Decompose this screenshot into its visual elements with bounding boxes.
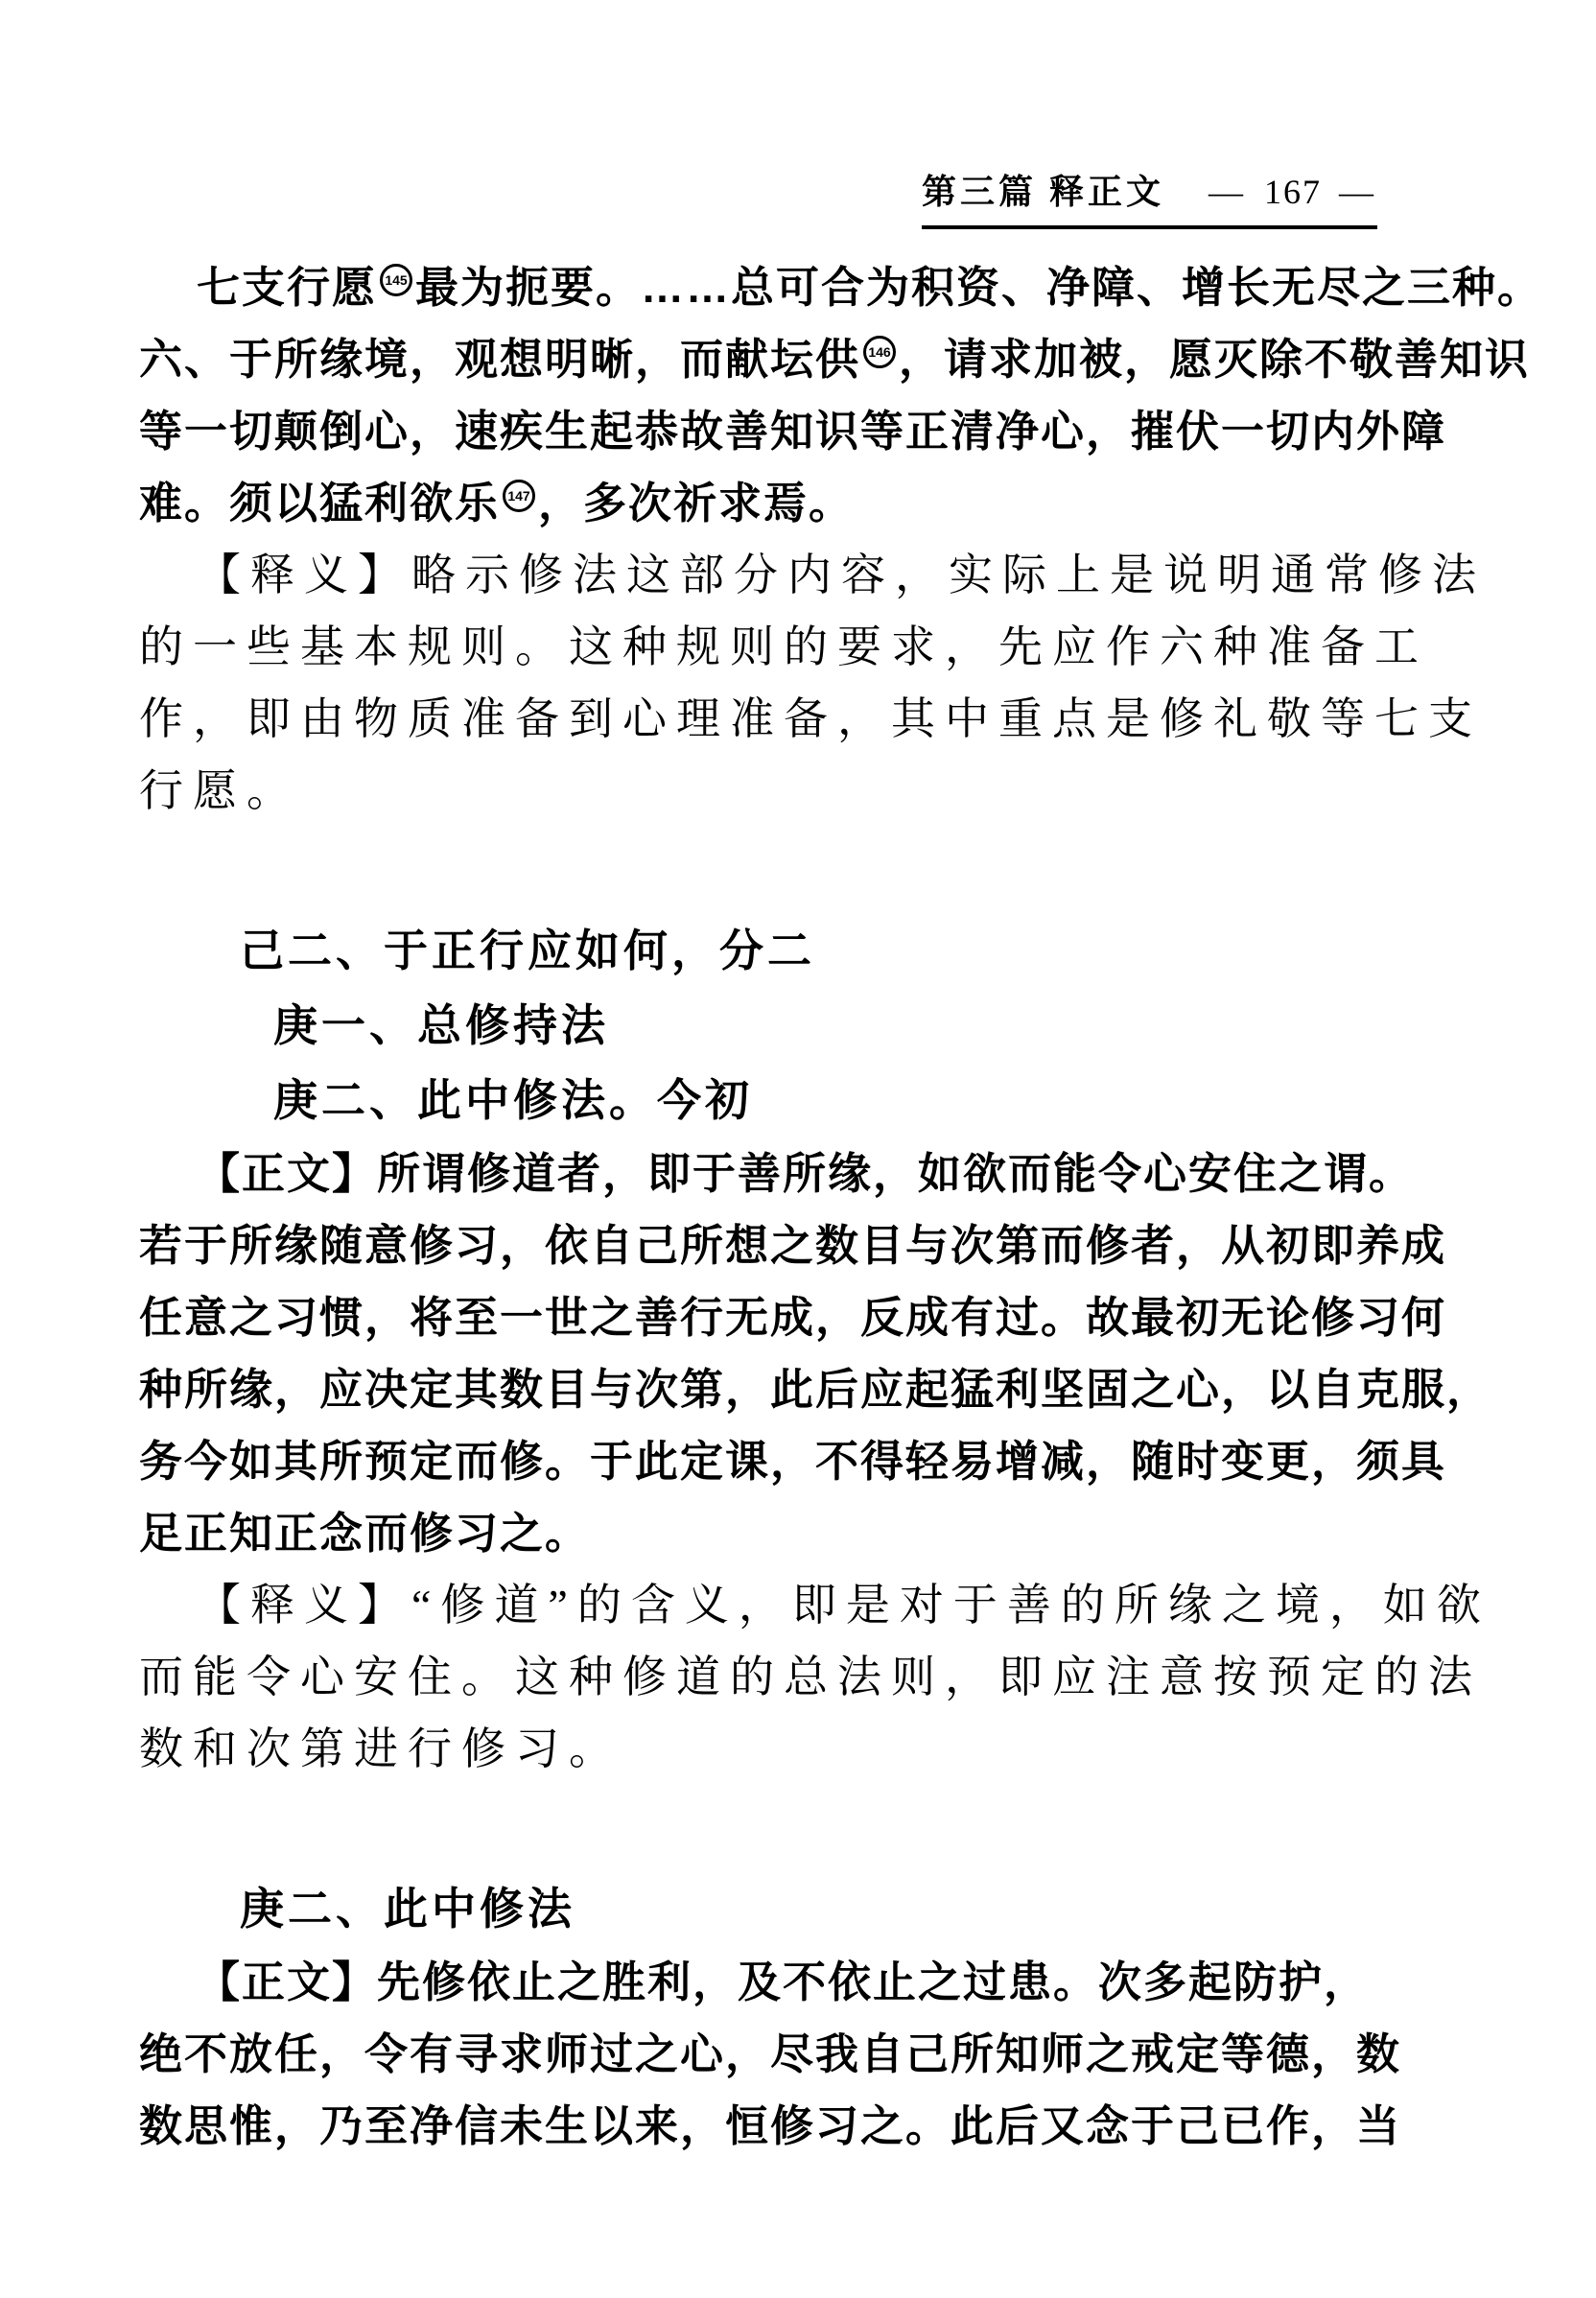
text-line: 数思惟，乃至净信未生以来，恒修习之。此后又念于己已作，当 <box>139 2090 1482 2162</box>
text-line: 足正知正念而修习之。 <box>139 1497 1482 1569</box>
text-line: 【释义】略示修法这部分内容，实际上是说明通常修法 <box>139 539 1482 611</box>
body-text: 七支行愿145最为扼要。……总可合为积资、净障、增长无尽之三种。 六、于所缘境，… <box>139 251 1482 2162</box>
page-number-dash-right: — <box>1339 173 1377 211</box>
text-line: 任意之习惯，将至一世之善行无成，反成有过。故最初无论修习何 <box>139 1281 1482 1353</box>
page-number: 167 <box>1264 173 1322 211</box>
chapter-title: 第三篇 释正文 <box>922 173 1164 211</box>
text-line: 难。须以猛利欲乐147，多次祈求焉。 <box>139 467 1482 539</box>
text-line: 行愿。 <box>139 755 1482 827</box>
text-line: 若于所缘随意修习，依自己所想之数目与次第而修者，从初即养成 <box>139 1209 1482 1281</box>
text-line: 【释义】“修道”的含义，即是对于善的所缘之境，如欲 <box>139 1569 1482 1641</box>
text-line: 而能令心安住。这种修道的总法则，即应注意按预定的法 <box>139 1641 1482 1713</box>
page-number-dash-left: — <box>1209 173 1247 211</box>
text-line: 种所缘，应决定其数目与次第，此后应起猛利坚固之心，以自克服， <box>139 1353 1482 1425</box>
text-line: 数和次第进行修习。 <box>139 1713 1482 1785</box>
text-line: 作，即由物质准备到心理准备，其中重点是修礼敬等七支 <box>139 683 1482 755</box>
section-heading: 己二、于正行应如何，分二 <box>139 913 1482 988</box>
text-line: 【正文】先修依止之胜利，及不依止之过患。次多起防护， <box>139 1946 1482 2018</box>
text-line: 六、于所缘境，观想明晰，而献坛供146，请求加被，愿灭除不敬善知识 <box>139 323 1482 395</box>
text-line: 的一些基本规则。这种规则的要求，先应作六种准备工 <box>139 611 1482 683</box>
text-line: 务今如其所预定而修。于此定课，不得轻易增减，随时变更，须具 <box>139 1425 1482 1497</box>
text-line: 七支行愿145最为扼要。……总可合为积资、净障、增长无尽之三种。 <box>139 251 1482 323</box>
section-heading: 庚一、总修持法 <box>139 988 1482 1063</box>
footnote-ref: 146 <box>863 336 896 368</box>
page-header: 第三篇 释正文—167— <box>922 165 1377 229</box>
footnote-ref: 147 <box>503 480 535 512</box>
footnote-ref: 145 <box>380 264 412 296</box>
text-line: 绝不放任，令有寻求师过之心，尽我自己所知师之戒定等德，数 <box>139 2018 1482 2090</box>
scanned-book-page: 第三篇 释正文—167— 七支行愿145最为扼要。……总可合为积资、净障、增长无… <box>0 0 1596 2298</box>
text-line: 等一切颠倒心，速疾生起恭故善知识等正清净心，摧伏一切内外障 <box>139 395 1482 467</box>
section-heading: 庚二、此中修法。今初 <box>139 1063 1482 1137</box>
section-heading: 庚二、此中修法 <box>139 1871 1482 1946</box>
text-line: 【正文】所谓修道者，即于善所缘，如欲而能令心安住之谓。 <box>139 1137 1482 1209</box>
